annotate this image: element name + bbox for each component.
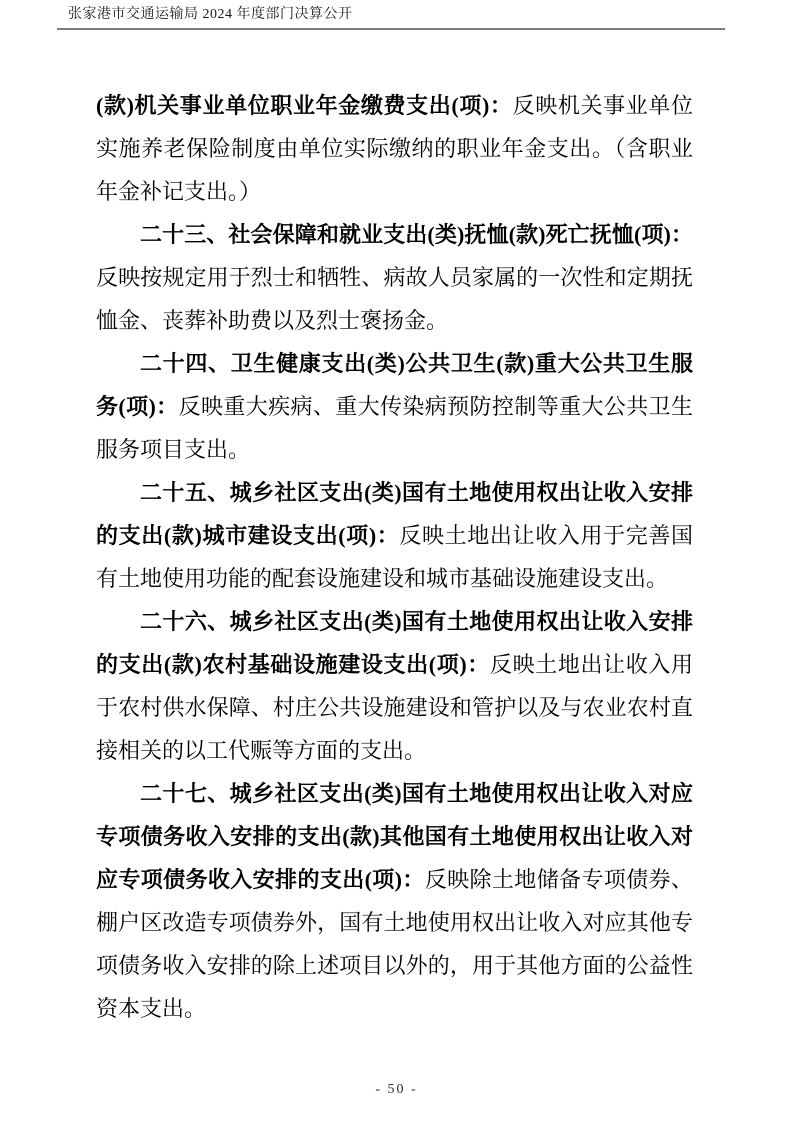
body-paragraph-pension-contribution: (款)机关事业单位职业年金缴费支出(项)：反映机关事业单位实施养老保险制度由单位… [96,84,693,213]
paragraph-lead: 二十三、社会保障和就业支出(类)抚恤(款)死亡抚恤(项)： [140,222,693,247]
paragraph-text: 反映重大疾病、重大传染病预防控制等重大公共卫生服务项目支出。 [96,394,693,462]
paragraph-text: 反映按规定用于烈士和牺牲、病故人员家属的一次性和定期抚恤金、丧葬补助费以及烈士褒… [96,265,693,333]
page-footer: - 50 - [0,1080,793,1098]
page-header: 张家港市交通运输局 2024 年度部门决算公开 [57,6,725,30]
body-paragraph-26-rural-infrastructure: 二十六、城乡社区支出(类)国有土地使用权出让收入安排的支出(款)农村基础设施建设… [96,600,693,772]
header-title: 张家港市交通运输局 2024 年度部门决算公开 [57,6,725,24]
body-paragraph-27-special-debt: 二十七、城乡社区支出(类)国有土地使用权出让收入对应专项债务收入安排的支出(款)… [96,772,693,1030]
body-paragraph-25-urban-construction: 二十五、城乡社区支出(类)国有土地使用权出让收入安排的支出(款)城市建设支出(项… [96,471,693,600]
paragraph-lead: (款)机关事业单位职业年金缴费支出(项)： [96,93,513,118]
body-paragraph-23-death-compensation: 二十三、社会保障和就业支出(类)抚恤(款)死亡抚恤(项)：反映按规定用于烈士和牺… [96,213,693,342]
document-body: (款)机关事业单位职业年金缴费支出(项)：反映机关事业单位实施养老保险制度由单位… [96,84,693,1030]
document-page: 张家港市交通运输局 2024 年度部门决算公开 (款)机关事业单位职业年金缴费支… [0,0,793,1122]
page-number: - 50 - [375,1082,417,1097]
body-paragraph-24-public-health: 二十四、卫生健康支出(类)公共卫生(款)重大公共卫生服务(项)：反映重大疾病、重… [96,342,693,471]
